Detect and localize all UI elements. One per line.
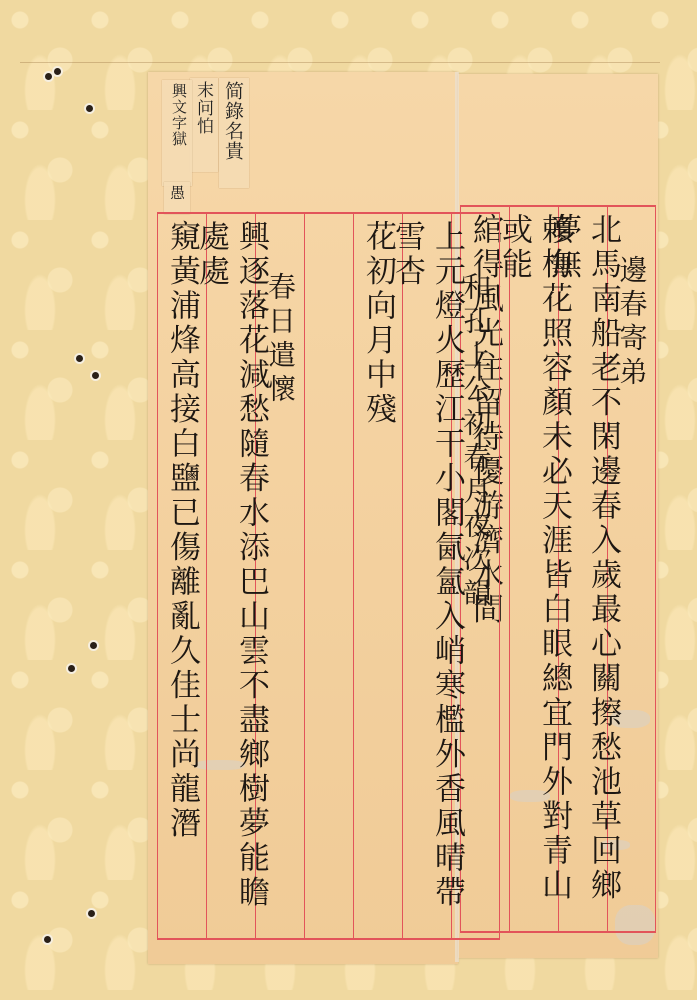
column-verse: 賴梅花照容顏未必天涯皆白眼總宜門外對青山或能 [509,205,558,933]
binding-hole [90,642,97,649]
binding-hole [54,68,61,75]
binding-hole [44,936,51,943]
column-verse: 興逐落花減愁隨春水添巴山雲不盡鄉樹夢能瞻處處 [206,212,255,940]
column-verse: 窺黃浦烽高接白鹽已傷離亂久佳士尚龍潛 [157,212,206,940]
binding-hole [76,355,83,362]
column-blank [304,212,353,940]
binding-hole [68,665,75,672]
binding-hole [88,910,95,917]
binding-hole [86,105,93,112]
label-slip: 简錄名貴 [219,78,249,188]
binding-hole [92,372,99,379]
column-verse: 花初向月中殘 [353,212,402,940]
verse-line: 窺黃浦烽高接白鹽已傷離亂久佳士尚龍潛 [162,220,202,841]
verse-line: 花初向月中殘 [358,220,398,427]
label-slip: 愚 [164,182,190,214]
label-slip: 末问怕 [190,78,218,172]
column-verse: 上元燈火歷江干小閣氤氳入峭寒檻外香風晴帶雪杏 [402,212,451,940]
left-column-grid: 和孔上公初春月夜次韻 上元燈火歷江干小閣氤氳入峭寒檻外香風晴帶雪杏 花初向月中殘… [157,212,500,940]
label-slip: 興文字獄 [162,80,192,186]
binding-hole [45,73,52,80]
